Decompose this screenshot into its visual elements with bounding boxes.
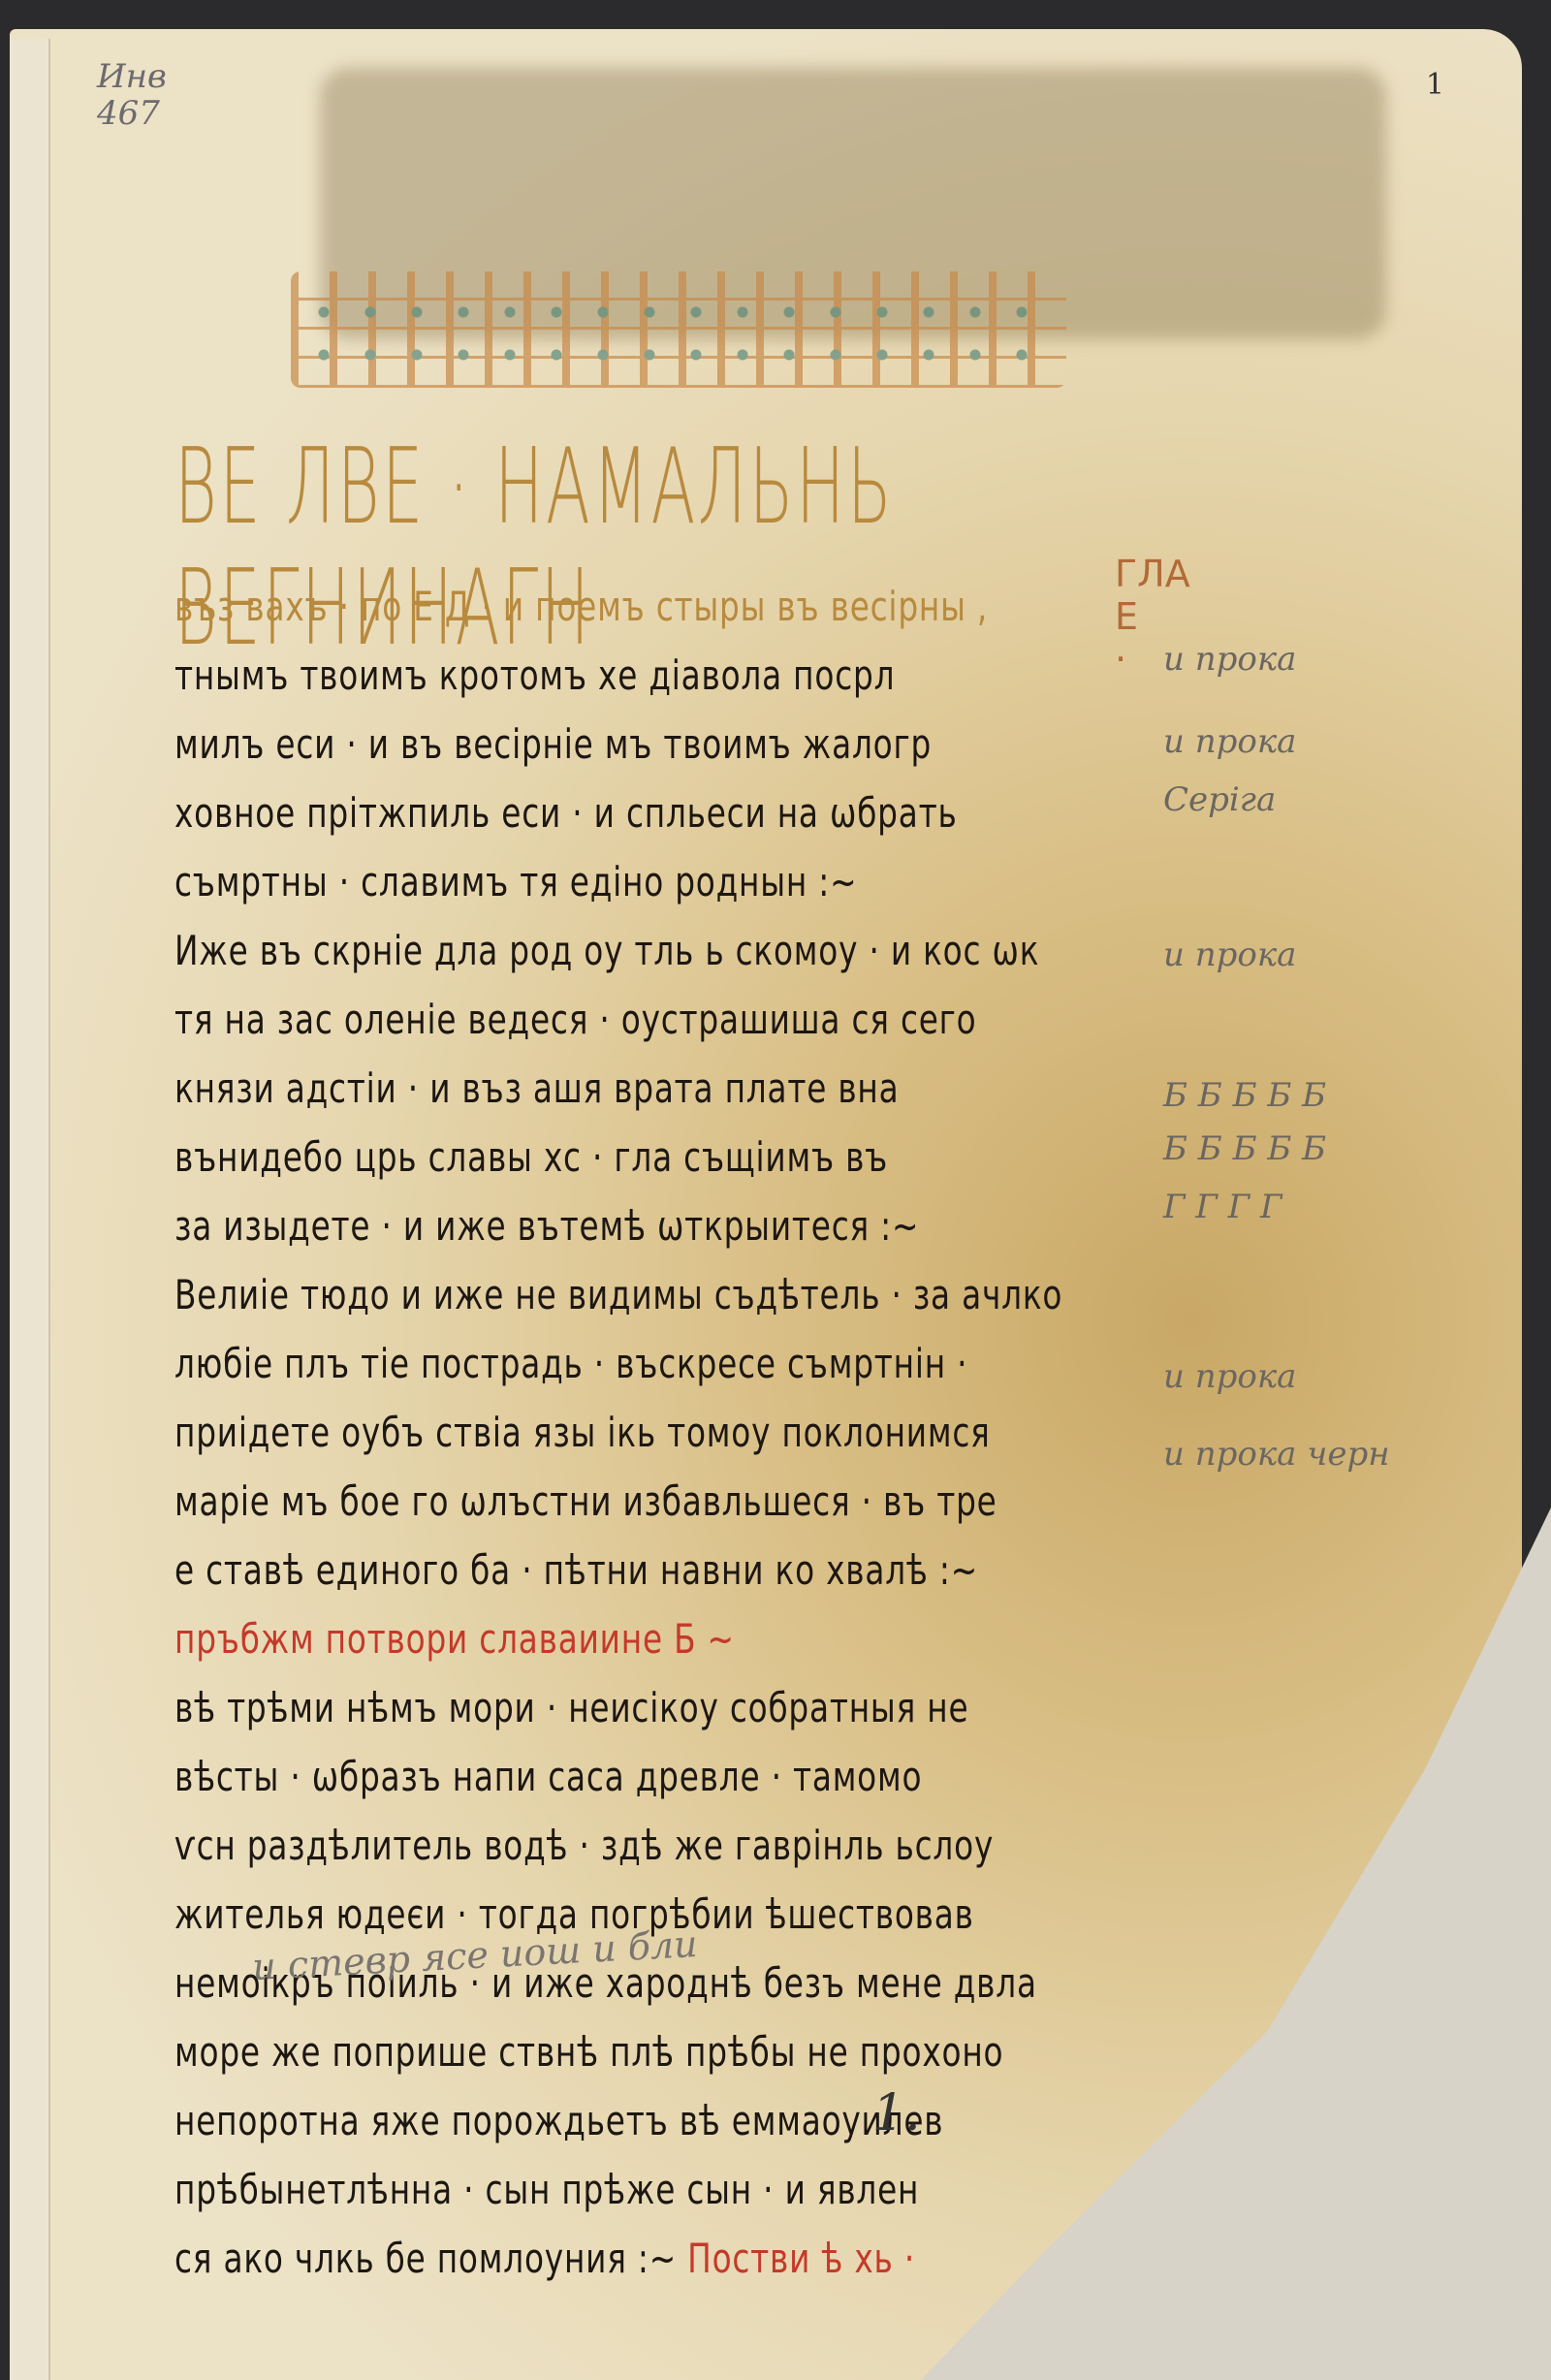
text-line: Иже въ скрніе дла род оу тль ь скомоу · … — [174, 916, 931, 985]
text-line: вънидебо црь славы хс · гла същіимъ въ — [174, 1123, 931, 1191]
rubric-suffix: Постви ѣ хь · — [687, 2235, 915, 2282]
text-line: маріе мъ бое го ωлъстни избавльшеся · въ… — [174, 1467, 931, 1536]
text-line: Велиіе тюдо и иже не видимы съдѣтель · з… — [174, 1260, 931, 1329]
shelfmark-line-2: 467 — [97, 95, 167, 132]
margin-rubric-number: Е — [1115, 595, 1190, 638]
margin-rubric-tone: ГЛА — [1115, 553, 1190, 595]
text-line: за изыдете · и иже вътемѣ ωткрыитеся :~ — [174, 1191, 931, 1260]
rubric-line: пръбжм потвори славаиине Б ~ — [174, 1604, 931, 1673]
text-line: тнымъ твоимъ кротомъ хе діавола посрл — [174, 641, 931, 710]
folio-number: 1. — [872, 2084, 921, 2142]
text-line: ся ако члкь бе помлоуния :~ Постви ѣ хь … — [174, 2224, 931, 2293]
text-line: приідете оубъ ствіа язы ікь томоу поклон… — [174, 1398, 931, 1467]
text-line: море же поприше ствнѣ плѣ прѣбы не прохо… — [174, 2017, 931, 2086]
text-line: съмртны · славимъ тя едіно роднын :~ — [174, 847, 931, 916]
shelfmark-line-1: Инв — [97, 58, 167, 95]
pencil-note: Серіга — [1163, 780, 1276, 819]
pencil-note: и прока — [1163, 1357, 1296, 1396]
text-line: ѵсн раздѣлитель водѣ · здѣ же гаврінль ь… — [174, 1811, 931, 1880]
text-line: князи адстіи · и въз ашя врата плате вна — [174, 1054, 931, 1123]
text-line: любіе плъ тіе пострадь · въскресе съмртн… — [174, 1329, 931, 1398]
pencil-note: и прока черн — [1163, 1435, 1390, 1474]
text-line: вѣ трѣми нѣмъ мори · неисікоу собратныя … — [174, 1673, 931, 1742]
pencil-note: Г Г Г Г — [1163, 1188, 1282, 1226]
headpiece-ornament — [291, 271, 1066, 388]
main-text-block: въз вахъ · по Е Д · и поемъ стыры въ вес… — [174, 572, 1144, 2293]
pencil-note: и прока — [1163, 936, 1296, 974]
text-line: милъ еси · и въ весірніе мъ твоимъ жалог… — [174, 710, 931, 778]
corner-folio-mark: 1 — [1426, 68, 1444, 102]
pencil-note: Б Б Б Б Б — [1163, 1076, 1326, 1115]
text-line: е ставѣ единого ба · пѣтни навни ко хвал… — [174, 1536, 931, 1604]
text-line: ховное прітжпиль еси · и спльеси на ωбра… — [174, 778, 931, 847]
pencil-note: и прока — [1163, 640, 1296, 679]
pencil-note: и прока — [1163, 722, 1296, 761]
text-line: прѣбынетлѣнна · сын прѣже сын · и явлен — [174, 2155, 931, 2224]
pencil-note: Б Б Б Б Б — [1163, 1129, 1326, 1168]
text-line-body: ся ако члкь бе помлоуния :~ — [174, 2235, 677, 2282]
shelfmark: Инв 467 — [97, 58, 167, 132]
text-line: непоротна яже порождьетъ вѣ еммаоуилев — [174, 2086, 931, 2155]
text-line: вѣсты · ωбразъ напи саса древле · тамомо — [174, 1742, 931, 1811]
binding-gutter — [10, 39, 50, 2380]
text-line: въз вахъ · по Е Д · и поемъ стыры въ вес… — [174, 572, 931, 641]
text-line: тя на зас оленіе ведеся · оустрашиша ся … — [174, 985, 931, 1054]
